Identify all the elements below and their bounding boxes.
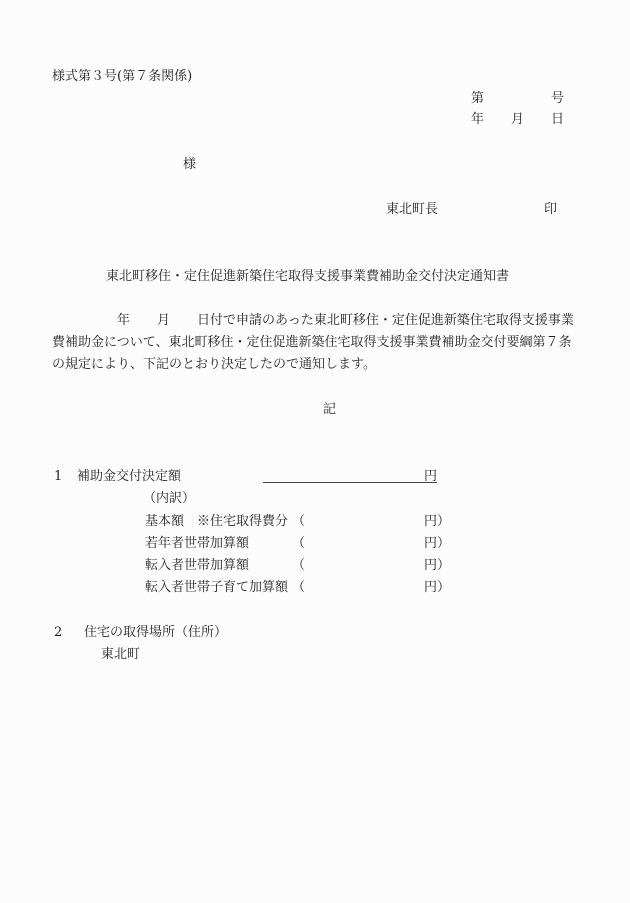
item2-label: 住宅の取得場所（住所） — [84, 626, 227, 639]
breakdown-close: 円） — [424, 559, 450, 572]
item1-currency: 円 — [424, 470, 437, 483]
body-month: 月 — [157, 314, 170, 327]
breakdown-close: 円） — [424, 581, 450, 594]
issuer-seal: 印 — [544, 203, 557, 216]
breakdown-open-paren: （ — [292, 515, 305, 528]
document-title: 東北町移住・定住促進新築住宅取得支援事業費補助金交付決定通知書 — [106, 270, 509, 283]
breakdown-open-paren: （ — [292, 559, 305, 572]
item1-label: 補助金交付決定額 — [77, 470, 181, 483]
doc-number-prefix: 第 — [471, 92, 484, 105]
date-month: 月 — [511, 113, 524, 126]
breakdown-open-paren: （ — [292, 581, 305, 594]
body-year: 年 — [117, 314, 130, 327]
breakdown-label: （内訳） — [143, 492, 195, 505]
date-year: 年 — [471, 113, 484, 126]
doc-number-suffix: 号 — [551, 92, 564, 105]
issuer-title: 東北町長 — [386, 203, 438, 216]
breakdown-close: 円） — [424, 537, 450, 550]
item1-number: 1 — [54, 470, 62, 483]
breakdown-close: 円） — [424, 515, 450, 528]
breakdown-open-paren: （ — [292, 537, 305, 550]
date-day: 日 — [551, 113, 564, 126]
breakdown-row-label: 転入者世帯加算額 — [145, 559, 249, 572]
item2-value: 東北町 — [101, 648, 140, 661]
recipient-honorific: 様 — [183, 158, 196, 171]
body-line2: 費補助金について、東北町移住・定住促進新築住宅取得支援事業費補助金交付要綱第７条 — [52, 336, 571, 349]
breakdown-row-label: 基本額 ※住宅取得費分 — [145, 515, 288, 528]
body-line1: 日付で申請のあった東北町移住・定住促進新築住宅取得支援事業 — [197, 314, 574, 327]
breakdown-row-label: 若年者世帯加算額 — [145, 537, 249, 550]
body-line3: の規定により、下記のとおり決定したので通知します。 — [52, 358, 376, 371]
item2-number: 2 — [54, 626, 62, 639]
form-number: 様式第３号(第７条関係) — [52, 70, 192, 83]
breakdown-row-label: 転入者世帯子育て加算額 — [145, 581, 288, 594]
ki-heading: 記 — [323, 403, 336, 416]
amount-underline — [263, 470, 437, 483]
